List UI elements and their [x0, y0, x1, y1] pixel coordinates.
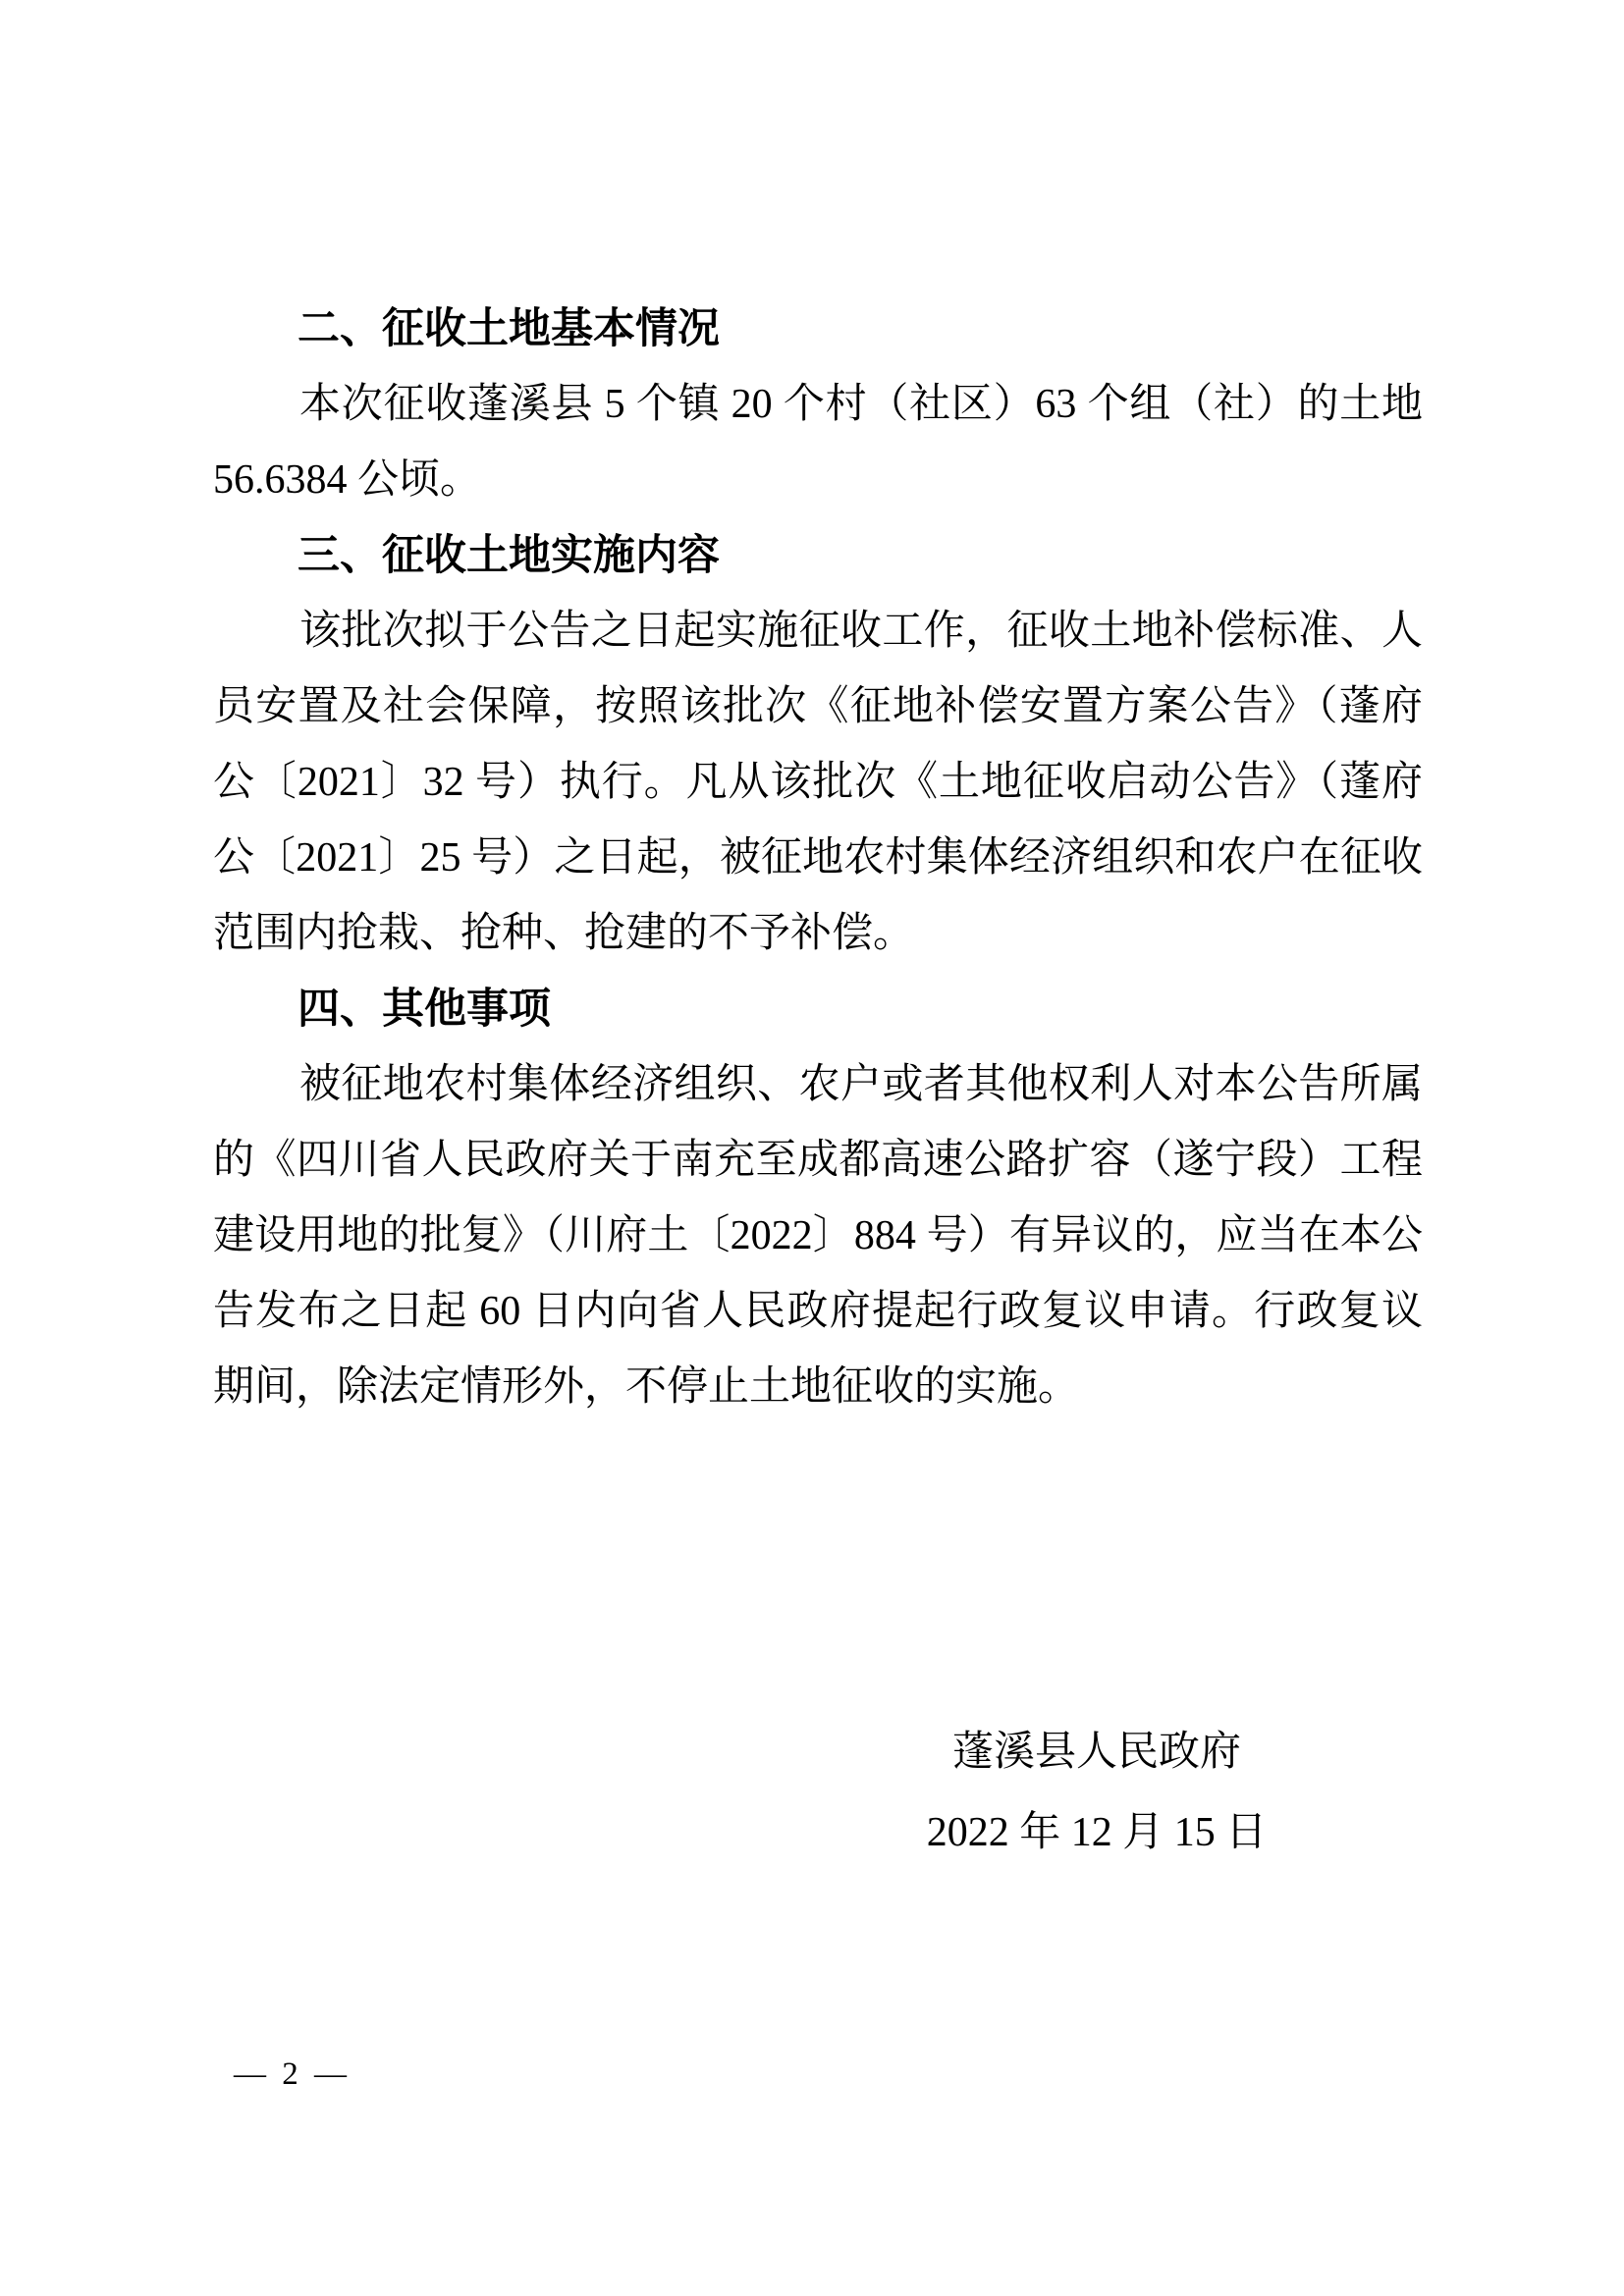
- signature-issuer: 蓬溪县人民政府: [761, 1712, 1433, 1792]
- document-page: 二、征收土地基本情况 本次征收蓬溪县 5 个镇 20 个村（社区）63 个组（社…: [0, 0, 1624, 2296]
- section-heading-implementation: 三、征收土地实施内容: [213, 518, 1423, 594]
- paragraph-basic-situation: 本次征收蓬溪县 5 个镇 20 个村（社区）63 个组（社）的土地 56.638…: [213, 367, 1423, 518]
- page-number: — 2 —: [234, 2055, 351, 2094]
- document-body: 二、征收土地基本情况 本次征收蓬溪县 5 个镇 20 个村（社区）63 个组（社…: [213, 292, 1423, 1425]
- paragraph-implementation: 该批次拟于公告之日起实施征收工作，征收土地补偿标准、人员安置及社会保障，按照该批…: [213, 594, 1423, 972]
- section-heading-basic-situation: 二、征收土地基本情况: [213, 292, 1423, 367]
- section-heading-other-matters: 四、其他事项: [213, 972, 1423, 1047]
- signature-block: 蓬溪县人民政府 2022 年 12 月 15 日: [761, 1712, 1433, 1873]
- signature-date: 2022 年 12 月 15 日: [761, 1792, 1433, 1873]
- paragraph-other-matters: 被征地农村集体经济组织、农户或者其他权利人对本公告所属的《四川省人民政府关于南充…: [213, 1047, 1423, 1425]
